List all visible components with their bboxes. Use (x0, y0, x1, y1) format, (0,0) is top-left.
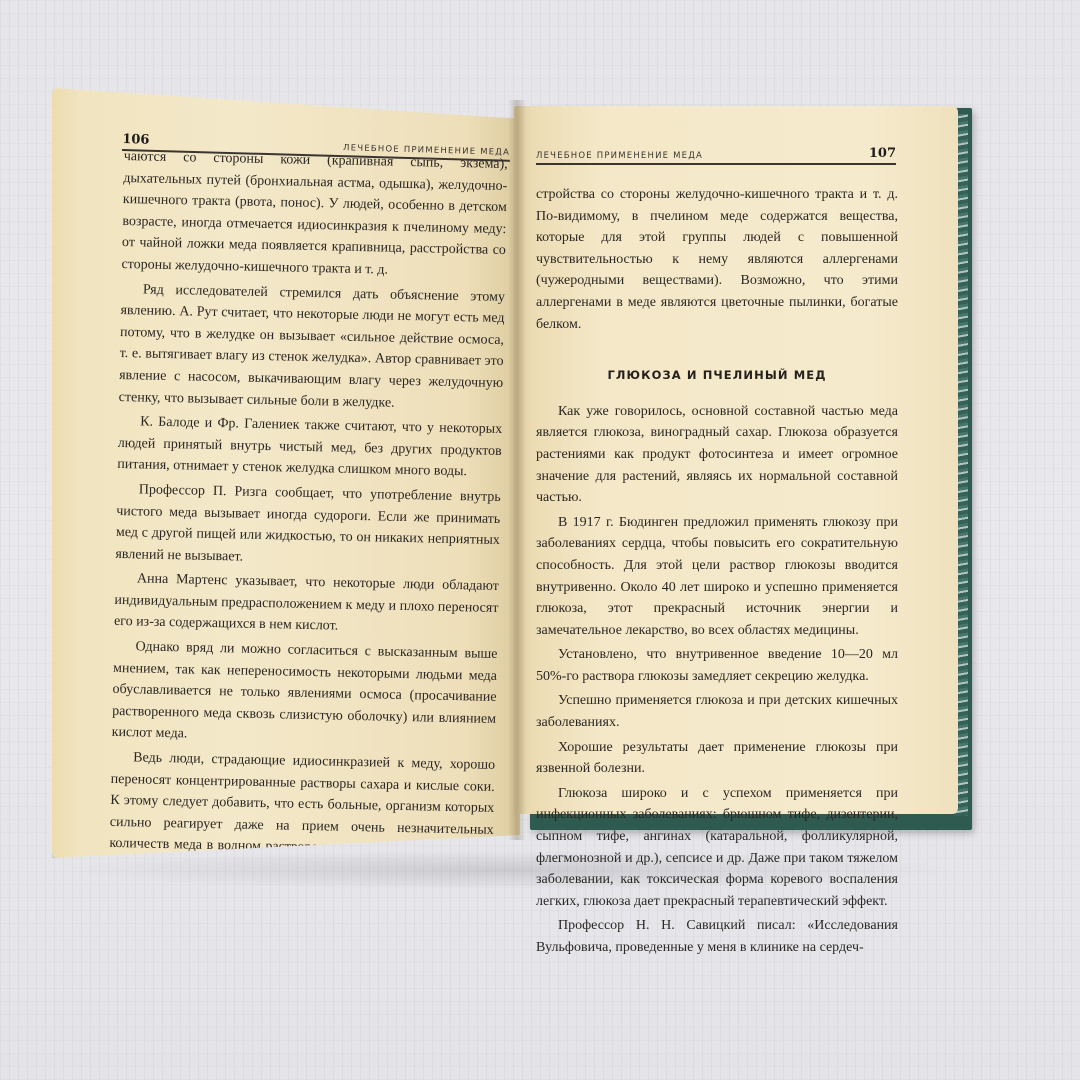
paragraph: К. Балоде и Фр. Галениек также считают, … (117, 411, 502, 484)
paragraph: Ряд исследователей стремился дать объясн… (119, 279, 506, 417)
book-gutter (508, 100, 526, 840)
paragraph: Профессор Н. Н. Савицкий писал: «Исследо… (536, 915, 898, 958)
right-page-body: стройства со стороны желудочно-кишечного… (536, 184, 898, 962)
paragraph: Установлено, что внутривенное введение 1… (536, 644, 898, 687)
left-page: 106 ЛЕЧЕБНОЕ ПРИМЕНЕНИЕ МЕДА чаются со с… (52, 88, 520, 858)
left-page-body: чаются со стороны кожи (крапивная сыпь, … (109, 146, 508, 887)
paragraph: Успешно применяется глюкоза и при детски… (536, 690, 898, 733)
paragraph: Однако вряд ли можно согласиться с выска… (111, 636, 497, 752)
paragraph: В 1917 г. Бюдинген предложил применять г… (536, 512, 898, 642)
right-page: ЛЕЧЕБНОЕ ПРИМЕНЕНИЕ МЕДА 107 стройства с… (514, 106, 958, 814)
running-title: ЛЕЧЕБНОЕ ПРИМЕНЕНИЕ МЕДА (536, 151, 703, 161)
paragraph: Хорошие результаты дает применение глюко… (536, 737, 898, 780)
paragraph: Как уже говорилось, основной составной ч… (536, 401, 898, 509)
paragraph: чаются со стороны кожи (крапивная сыпь, … (121, 146, 508, 284)
section-heading: ГЛЮКОЗА И ПЧЕЛИНЫЙ МЕД (536, 365, 898, 387)
paragraph: Анна Мартенс указывает, что некоторые лю… (114, 568, 499, 641)
paragraph: Глюкоза широко и с успехом применяется п… (536, 783, 898, 913)
paragraph: стройства со стороны желудочно-кишечного… (536, 184, 898, 335)
right-running-header: ЛЕЧЕБНОЕ ПРИМЕНЕНИЕ МЕДА 107 (536, 146, 896, 165)
page-number: 107 (869, 146, 896, 161)
paragraph: Профессор П. Ризга сообщает, что употреб… (115, 479, 501, 573)
